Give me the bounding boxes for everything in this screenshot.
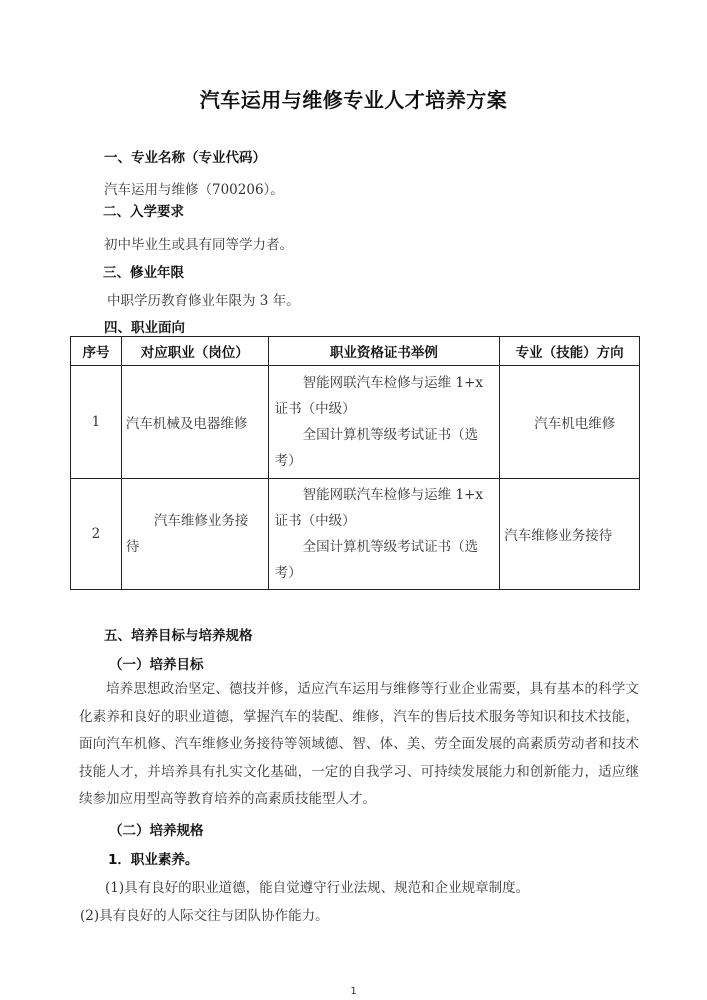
cert-line: 考）: [275, 448, 494, 474]
cert-line: 证书（中级）: [275, 396, 494, 422]
training-goal-paragraph: 培养思想政治坚定、德技并修，适应汽车运用与维修等行业企业需要，具有基本的科学文化…: [79, 676, 639, 814]
section-2-heading: 二、入学要求: [103, 200, 184, 220]
table-row: 1 汽车机械及电器维修 智能网联汽车检修与运维 1+x 证书（中级） 全国计算机…: [71, 366, 640, 479]
section-1-heading: 一、专业名称（专业代码）: [104, 146, 266, 166]
row-number: 1: [71, 366, 122, 479]
row-certificates: 智能网联汽车检修与运维 1+x 证书（中级） 全国计算机等级考试证书（选 考）: [268, 479, 500, 590]
point-2: (2)具有良好的人际交往与团队协作能力。: [80, 904, 329, 924]
cert-line: 考）: [275, 560, 494, 586]
section-5-heading: 五、培养目标与培养规格: [104, 624, 253, 644]
row-job: 汽车维修业务接 待: [121, 479, 268, 590]
occupation-table: 序号 对应职业（岗位） 职业资格证书举例 专业（技能）方向 1 汽车机械及电器维…: [70, 336, 640, 590]
table-header: 对应职业（岗位）: [121, 337, 268, 366]
item-1-heading: 1．职业素养。: [108, 848, 198, 868]
row-job: 汽车机械及电器维修: [121, 366, 268, 479]
table-header: 专业（技能）方向: [500, 337, 640, 366]
cert-line: 全国计算机等级考试证书（选: [275, 534, 494, 560]
row-direction: 汽车维修业务接待: [500, 479, 640, 590]
row-certificates: 智能网联汽车检修与运维 1+x 证书（中级） 全国计算机等级考试证书（选 考）: [268, 366, 500, 479]
section-3-heading: 三、修业年限: [103, 261, 184, 281]
cert-line: 全国计算机等级考试证书（选: [275, 422, 494, 448]
job-line: 待: [126, 534, 264, 560]
section-4-heading: 四、职业面向: [104, 316, 185, 336]
point-1: (1)具有良好的职业道德，能自觉遵守行业法规、规范和企业规章制度。: [105, 876, 529, 896]
row-direction: 汽车机电维修: [500, 366, 640, 479]
table-header: 序号: [71, 337, 122, 366]
subsection-1-heading: （一）培养目标: [109, 653, 204, 673]
subsection-2-heading: （二）培养规格: [109, 819, 204, 839]
table-header: 职业资格证书举例: [268, 337, 500, 366]
section-2-body: 初中毕业生或具有同等学力者。: [104, 233, 293, 253]
table-row: 2 汽车维修业务接 待 智能网联汽车检修与运维 1+x 证书（中级） 全国计算机…: [71, 479, 640, 590]
job-line: 汽车维修业务接: [126, 508, 264, 534]
table-header-row: 序号 对应职业（岗位） 职业资格证书举例 专业（技能）方向: [71, 337, 640, 366]
section-1-body: 汽车运用与维修（700206）。: [104, 178, 284, 198]
cert-line: 证书（中级）: [275, 508, 494, 534]
section-3-body: 中职学历教育修业年限为 3 年。: [107, 289, 300, 309]
row-number: 2: [71, 479, 122, 590]
document-title: 汽车运用与维修专业人才培养方案: [0, 84, 707, 113]
cert-line: 智能网联汽车检修与运维 1+x: [275, 370, 494, 396]
page-number: 1: [0, 986, 707, 997]
cert-line: 智能网联汽车检修与运维 1+x: [275, 482, 494, 508]
